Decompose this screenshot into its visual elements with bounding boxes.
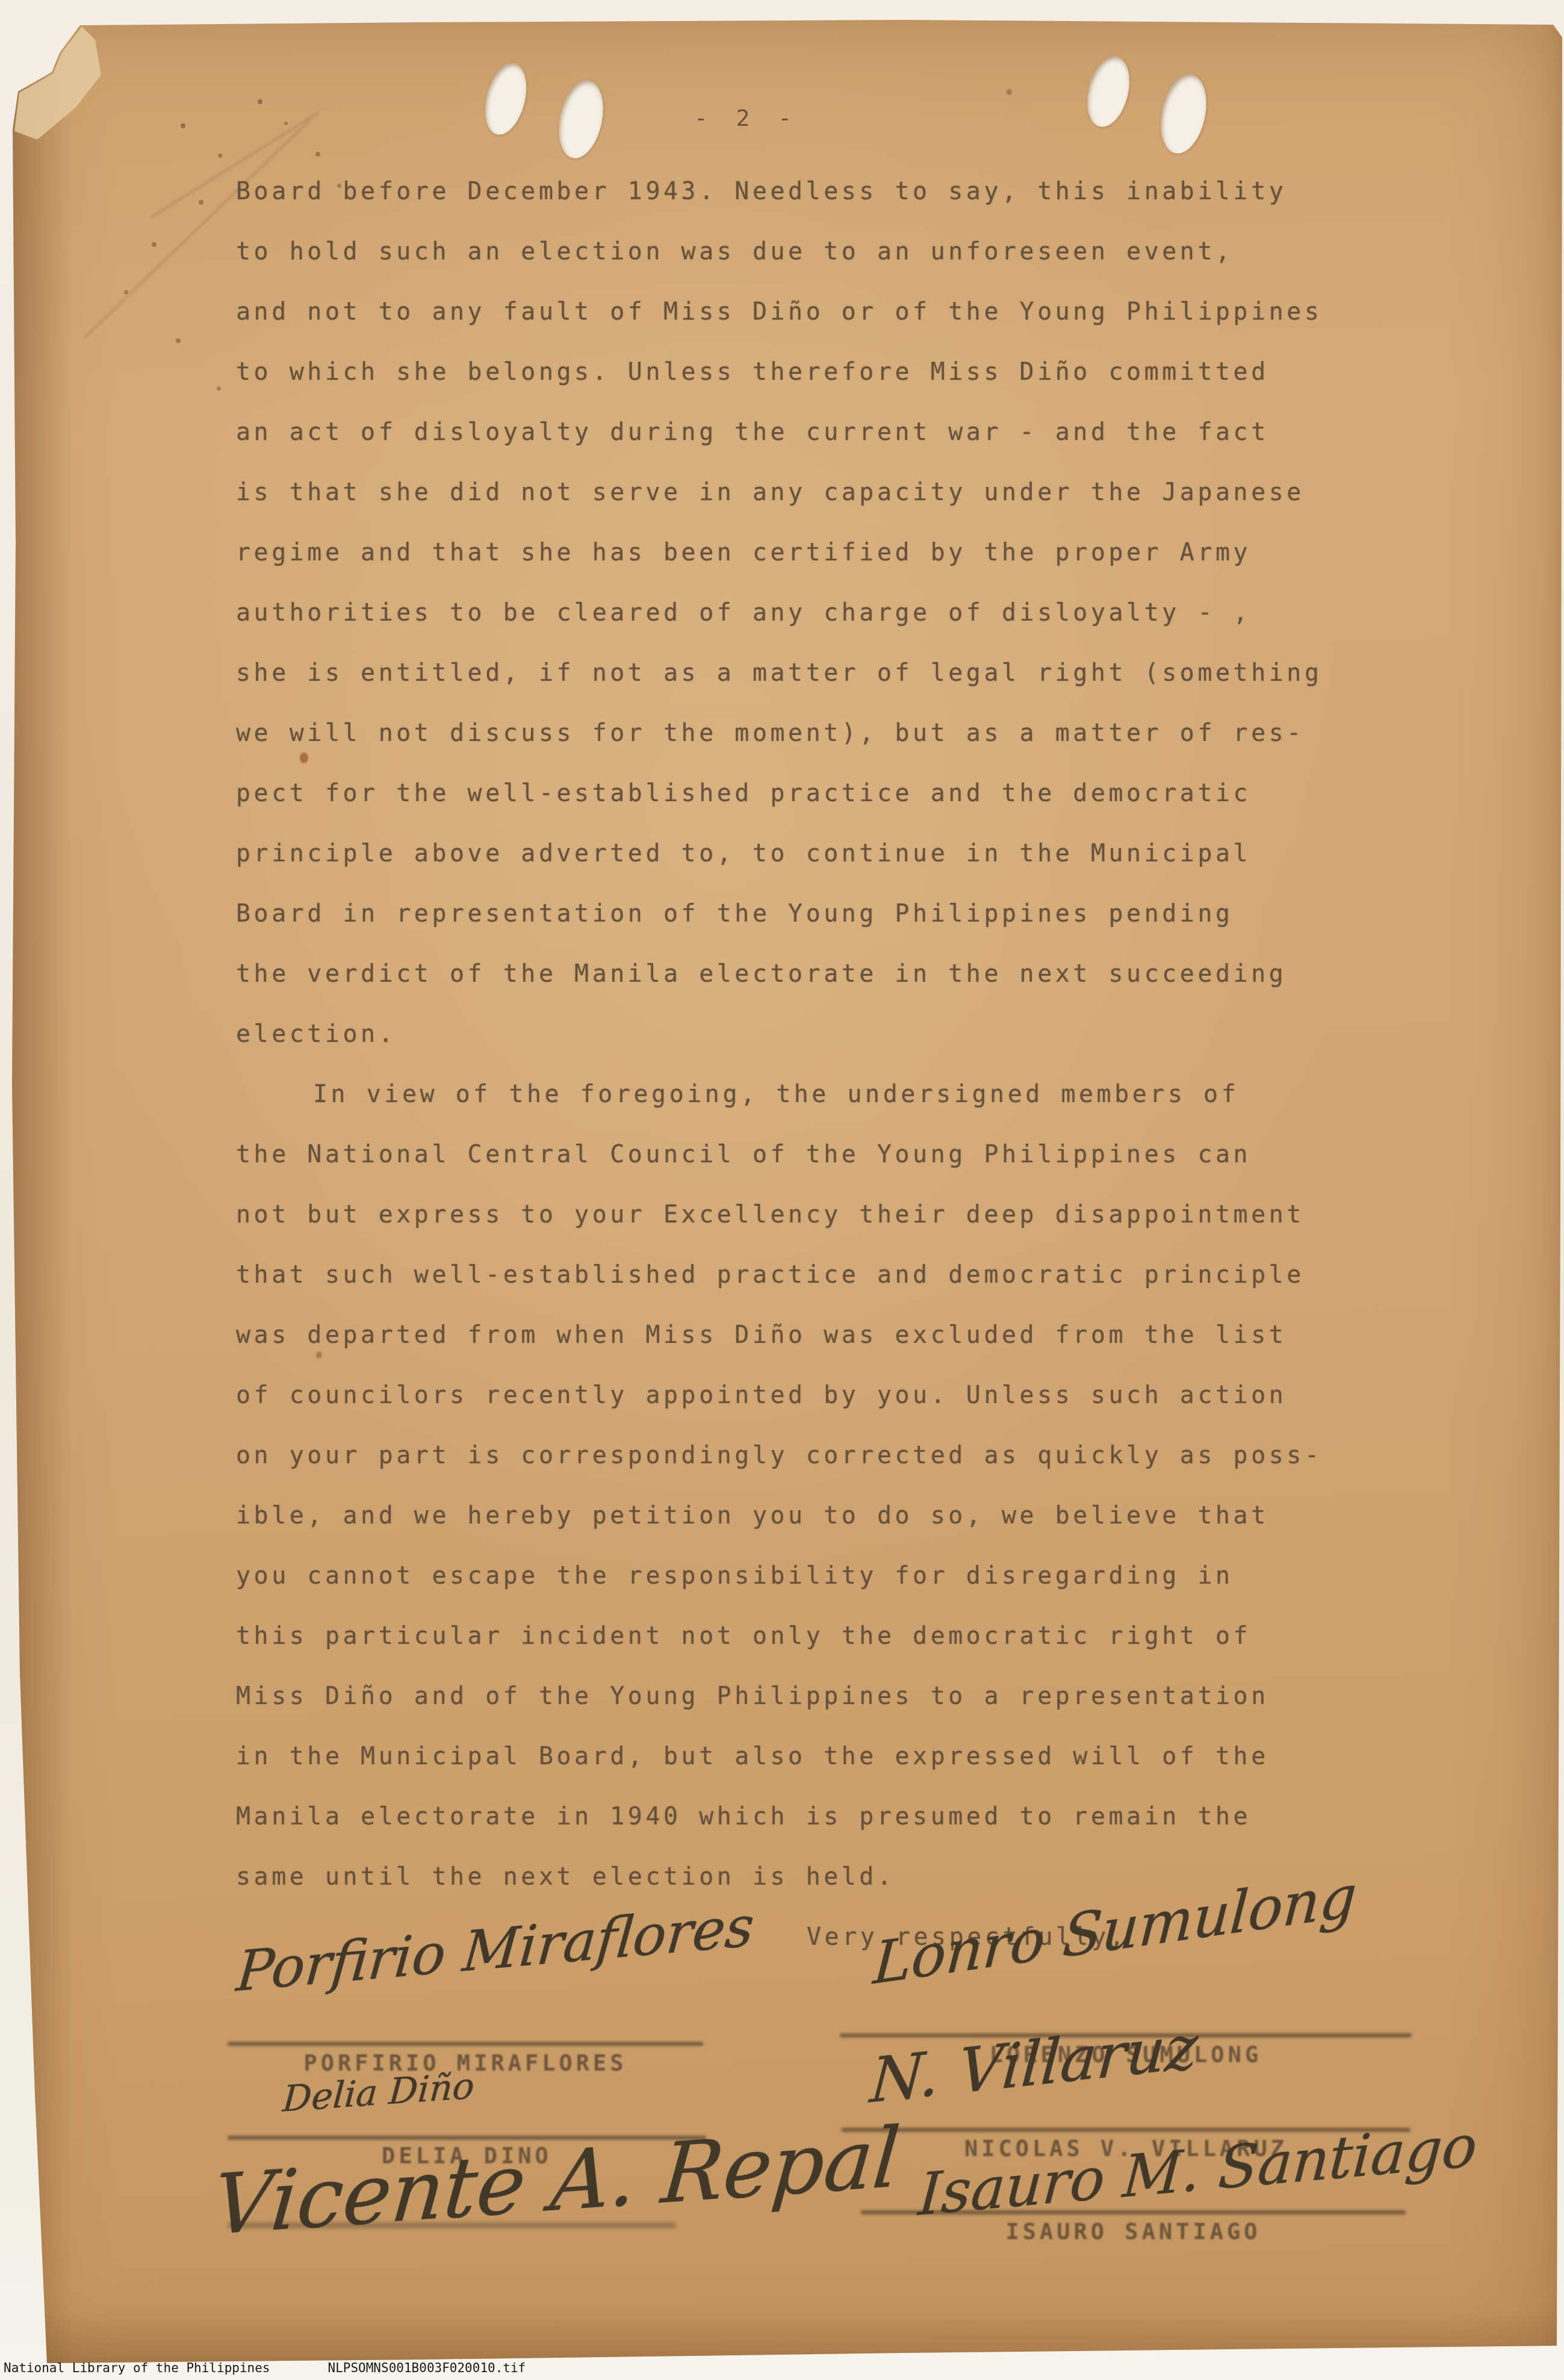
- typed-line: in the Municipal Board, but also the exp…: [236, 1726, 1350, 1787]
- typed-line: pect for the well-established practice a…: [236, 763, 1350, 823]
- punch-hole: [552, 76, 610, 163]
- typed-line: In view of the foregoing, the undersigne…: [236, 1064, 1350, 1124]
- signature-rule: [842, 2128, 1410, 2132]
- page-number: - 2 -: [674, 105, 819, 131]
- typed-line: principle above adverted to, to continue…: [236, 823, 1350, 884]
- damage-dot: [217, 386, 221, 391]
- footer-caption: National Library of the PhilippinesNLPSO…: [4, 2361, 526, 2375]
- typed-line: she is entitled, if not as a matter of l…: [236, 643, 1350, 703]
- damage-dot: [315, 152, 320, 156]
- punch-hole: [478, 58, 533, 139]
- typed-line: regime and that she has been certified b…: [236, 522, 1350, 583]
- typed-line: this particular incident not only the de…: [236, 1606, 1350, 1666]
- typed-line: to which she belongs. Unless therefore M…: [236, 342, 1350, 402]
- typed-line: an act of disloyalty during the current …: [236, 402, 1350, 462]
- signature-rule: [228, 2222, 676, 2228]
- damage-dot: [284, 122, 288, 125]
- damage-dot: [199, 200, 203, 205]
- typed-line: ible, and we hereby petition you to do s…: [236, 1486, 1350, 1546]
- document-scan: - 2 - Board before December 1943. Needle…: [0, 0, 1564, 2380]
- signature-rule: [228, 2136, 706, 2140]
- signature-rule: [861, 2210, 1406, 2214]
- typed-line: Board before December 1943. Needless to …: [236, 161, 1350, 222]
- damage-dot: [176, 338, 181, 343]
- damage-dot: [152, 242, 157, 247]
- stain: [1007, 89, 1012, 95]
- signature-script: Vicente A. Repal: [209, 2110, 903, 2254]
- typed-line: Board in representation of the Young Phi…: [236, 884, 1350, 944]
- signature-rule: [840, 2033, 1412, 2038]
- typed-line: election.: [236, 1004, 1350, 1064]
- damage-dot: [181, 123, 185, 128]
- signature-rule: [228, 2042, 703, 2046]
- damage-dot: [124, 290, 128, 294]
- typed-line: Miss Diño and of the Young Philippines t…: [236, 1666, 1350, 1726]
- typed-line: we will not discuss for the moment), but…: [236, 703, 1350, 763]
- typed-line: that such well-established practice and …: [236, 1245, 1350, 1305]
- typed-line: the verdict of the Manila electorate in …: [236, 944, 1350, 1004]
- signature-typed-name: NICOLAS V. VILLARUZ: [842, 2136, 1410, 2162]
- typed-line: the National Central Council of the Youn…: [236, 1124, 1350, 1185]
- footer-library-label: National Library of the Philippines: [4, 2361, 270, 2375]
- typed-line: was departed from when Miss Diño was exc…: [236, 1305, 1350, 1365]
- typed-line: of councilors recently appointed by you.…: [236, 1365, 1350, 1425]
- signature-typed-name: PORFIRIO MIRAFLORES: [228, 2050, 703, 2076]
- punch-hole: [1080, 52, 1136, 131]
- typed-line: to hold such an election was due to an u…: [236, 222, 1350, 282]
- torn-corner: [11, 22, 167, 148]
- typed-line: on your part is correspondingly correcte…: [236, 1425, 1350, 1486]
- signature-typed-name: DELIA DINO: [228, 2143, 706, 2169]
- damage-dot: [258, 99, 262, 104]
- signature-typed-name: LORENZO SUMULONG: [840, 2042, 1412, 2068]
- typed-line: you cannot escape the responsibility for…: [236, 1546, 1350, 1606]
- footer-filename: NLPSOMNS001B003F020010.tif: [328, 2361, 526, 2375]
- typed-line: Manila electorate in 1940 which is presu…: [236, 1787, 1350, 1847]
- typed-body: Board before December 1943. Needless to …: [236, 161, 1350, 1967]
- typed-line: and not to any fault of Miss Diño or of …: [236, 282, 1350, 342]
- typed-line: not but express to your Excellency their…: [236, 1185, 1350, 1245]
- paper-edge-shading: [0, 0, 72, 2380]
- typed-line: authorities to be cleared of any charge …: [236, 583, 1350, 643]
- paper: - 2 - Board before December 1943. Needle…: [0, 0, 1564, 2380]
- typed-line: is that she did not serve in any capacit…: [236, 462, 1350, 522]
- damage-dot: [218, 153, 222, 158]
- signature-typed-name: ISAURO SANTIAGO: [861, 2219, 1406, 2245]
- punch-hole: [1154, 70, 1213, 158]
